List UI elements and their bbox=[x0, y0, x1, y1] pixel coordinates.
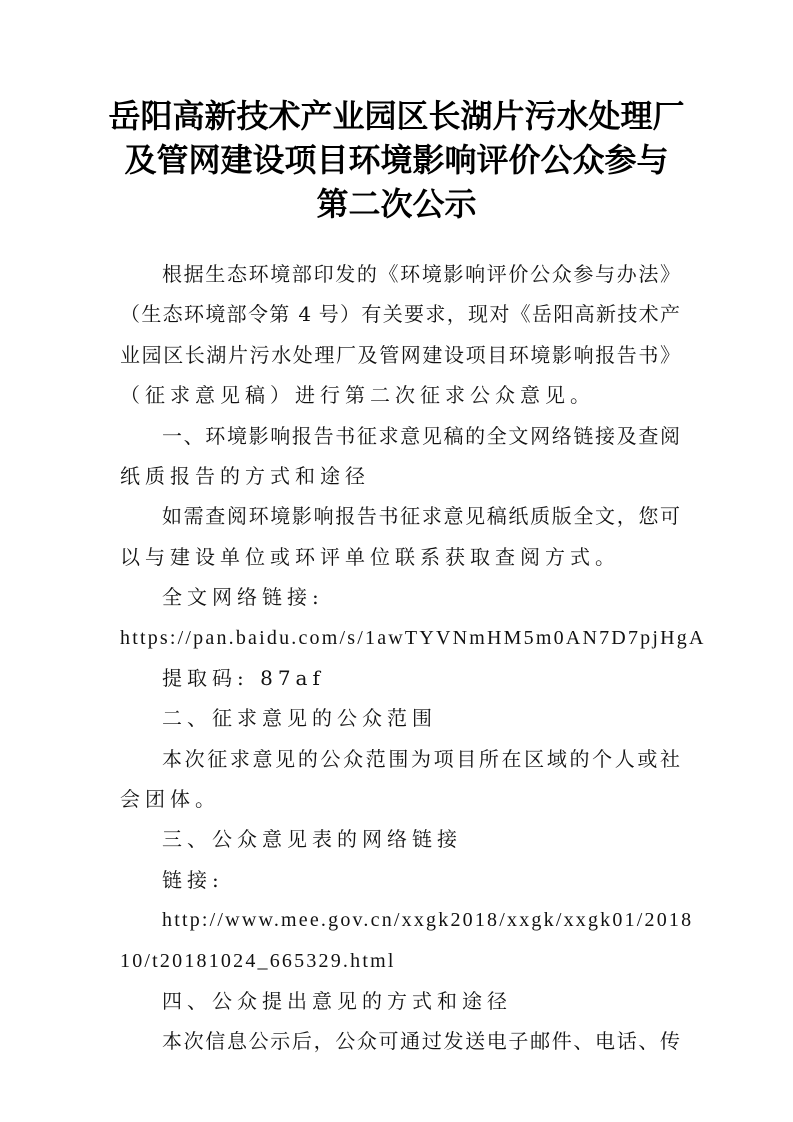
section3-heading: 三、公众意见表的网络链接 bbox=[120, 819, 680, 859]
section4-heading: 四、公众提出意见的方式和途径 bbox=[120, 981, 680, 1021]
intro-line-4: （征求意见稿）进行第二次征求公众意见。 bbox=[120, 375, 680, 415]
section4-body-line-1: 本次信息公示后，公众可通过发送电子邮件、电话、传 bbox=[120, 1021, 680, 1061]
opinion-form-link-url-line-2[interactable]: 10/t20181024_665329.html bbox=[120, 941, 680, 981]
intro-line-1: 根据生态环境部印发的《环境影响评价公众参与办法》 bbox=[120, 254, 680, 294]
title-line-3: 第二次公示 bbox=[0, 182, 793, 226]
section1-body-line-1: 如需查阅环境影响报告书征求意见稿纸质版全文，您可 bbox=[120, 496, 680, 536]
title-line-2: 及管网建设项目环境影响评价公众参与 bbox=[0, 138, 793, 182]
section1-heading-line-2: 纸质报告的方式和途径 bbox=[120, 456, 680, 496]
title-line-1: 岳阳高新技术产业园区长湖片污水处理厂 bbox=[0, 94, 793, 138]
section1-body-line-2: 以与建设单位或环评单位联系获取查阅方式。 bbox=[120, 537, 680, 577]
full-text-link-label: 全文网络链接: bbox=[120, 577, 680, 617]
intro-line-2: （生态环境部令第 4 号）有关要求，现对《岳阳高新技术产 bbox=[120, 294, 680, 334]
document-body: 根据生态环境部印发的《环境影响评价公众参与办法》 （生态环境部令第 4 号）有关… bbox=[120, 254, 680, 1062]
section2-body-line-1: 本次征求意见的公众范围为项目所在区域的个人或社 bbox=[120, 739, 680, 779]
full-text-link-url[interactable]: https://pan.baidu.com/s/1awTYVNmHM5m0AN7… bbox=[120, 618, 680, 658]
opinion-form-link-url-line-1[interactable]: http://www.mee.gov.cn/xxgk2018/xxgk/xxgk… bbox=[120, 900, 680, 940]
section2-heading: 二、征求意见的公众范围 bbox=[120, 698, 680, 738]
intro-line-3: 业园区长湖片污水处理厂及管网建设项目环境影响报告书》 bbox=[120, 335, 680, 375]
section1-heading-line-1: 一、环境影响报告书征求意见稿的全文网络链接及查阅 bbox=[120, 416, 680, 456]
section2-body-line-2: 会团体。 bbox=[120, 779, 680, 819]
document-title: 岳阳高新技术产业园区长湖片污水处理厂 及管网建设项目环境影响评价公众参与 第二次… bbox=[0, 94, 793, 226]
opinion-form-link-label: 链接: bbox=[120, 860, 680, 900]
extraction-code: 提取码: 87af bbox=[120, 658, 680, 698]
